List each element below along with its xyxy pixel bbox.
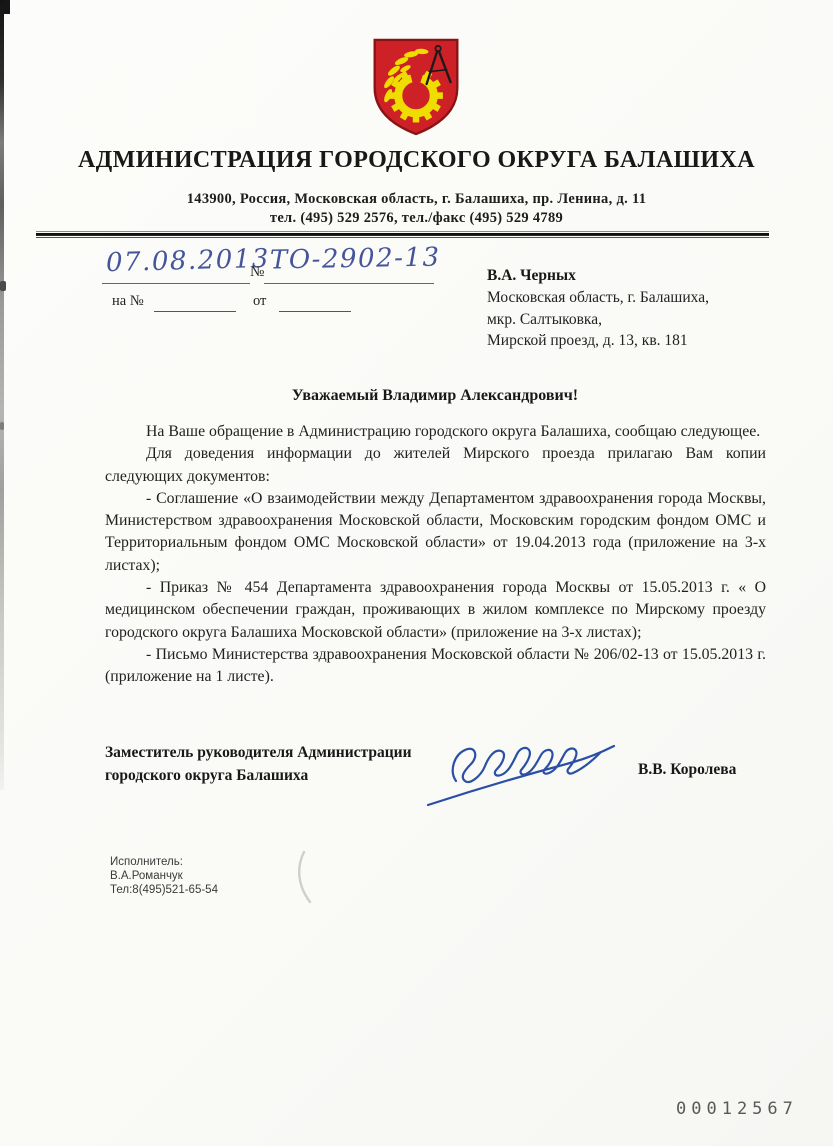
body-paragraph-attachment-3: - Письмо Министерства здравоохранения Мо… — [105, 644, 766, 689]
scanned-letter-page: АДМИНИСТРАЦИЯ ГОРОДСКОГО ОКРУГА БАЛАШИХА… — [0, 0, 833, 1146]
letterhead-address: 143900, Россия, Московская область, г. Б… — [0, 191, 833, 208]
handwritten-date: 07.08.2013 — [106, 244, 271, 278]
faint-pen-smudge — [286, 848, 326, 908]
body-paragraph: Для доведения информации до жителей Мирс… — [105, 443, 766, 488]
coat-of-arms-balashikha — [368, 36, 464, 136]
executor-label: Исполнитель: — [110, 855, 218, 869]
executor-phone: Тел:8(495)521-65-54 — [110, 883, 218, 897]
date-underline — [102, 283, 250, 284]
on-number-label: на № — [112, 293, 144, 310]
signer-title: Заместитель руководителя Администрации г… — [105, 741, 412, 787]
executor-block: Исполнитель: В.А.Романчук Тел:8(495)521-… — [110, 855, 218, 897]
recipient-block: В.А. Черных Московская область, г. Балаш… — [487, 265, 709, 352]
recipient-address-line: Московская область, г. Балашиха, — [487, 287, 709, 309]
body-paragraph-attachment-2: - Приказ № 454 Департамента здравоохране… — [105, 577, 766, 644]
body-paragraph: На Ваше обращение в Администрацию городс… — [105, 421, 766, 443]
scan-artifact-left-edge — [0, 0, 4, 790]
signer-name: В.В. Королева — [638, 761, 736, 779]
from-label: от — [253, 293, 266, 310]
executor-name: В.А.Романчук — [110, 869, 218, 883]
recipient-address-line: Мирской проезд, д. 13, кв. 181 — [487, 330, 709, 352]
organization-name: АДМИНИСТРАЦИЯ ГОРОДСКОГО ОКРУГА БАЛАШИХА — [0, 147, 833, 174]
letterhead-phone-fax: тел. (495) 529 2576, тел./факс (495) 529… — [0, 210, 833, 227]
ref-number-underline — [264, 283, 434, 284]
letter-body: На Ваше обращение в Администрацию городс… — [105, 421, 766, 689]
scan-artifact-mark — [0, 422, 4, 430]
number-sign: № — [250, 264, 264, 281]
handwritten-ref-number: ТО-2902-13 — [270, 243, 441, 276]
letterhead-divider — [36, 231, 769, 232]
body-paragraph-attachment-1: - Соглашение «О взаимодействии между Деп… — [105, 488, 766, 577]
on-number-blank-line — [154, 311, 236, 312]
registration-stamp-number: 00012567 — [676, 1099, 798, 1119]
handwritten-signature — [420, 725, 630, 813]
signer-title-line: Заместитель руководителя Администрации — [105, 741, 412, 764]
recipient-address-line: мкр. Салтыковка, — [487, 309, 709, 331]
scan-artifact-mark — [0, 281, 6, 291]
signer-title-line: городского округа Балашиха — [105, 764, 412, 787]
recipient-name: В.А. Черных — [487, 265, 709, 287]
from-blank-line — [279, 311, 351, 312]
salutation: Уважаемый Владимир Александрович! — [105, 387, 765, 405]
coat-of-arms-icon — [368, 36, 464, 136]
